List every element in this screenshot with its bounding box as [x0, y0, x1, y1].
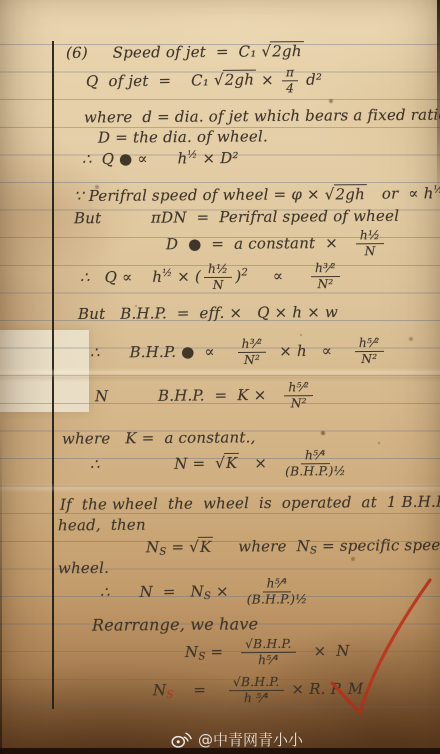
- handwritten-line-6: ∵ Perifral speed of wheel = φ × √2gh or …: [74, 185, 440, 206]
- handwritten-line-15: If the wheel the wheel is operated at 1 …: [60, 493, 440, 513]
- handwritten-line-3: where d = dia. of jet which bears a fixe…: [84, 107, 440, 127]
- handwritten-line-20: Rearrange, we have: [92, 615, 258, 635]
- handwritten-line-5: ∴ Q ● ∝ h½ × D²: [82, 149, 239, 168]
- watermark-handle: @中青网青小小: [198, 729, 303, 750]
- handwritten-line-18: wheel.: [58, 560, 109, 578]
- handwritten-line-10: But B.H.P. = eff. × Q × h × w: [78, 304, 338, 323]
- handwritten-line-13: where K = a constant.,: [62, 429, 256, 448]
- handwritten-line-16: head, then: [58, 517, 146, 535]
- handwritten-line-11: ∴ B.H.P. ● ∝ h³⁄²N² × h ∝ h⁵⁄²N²: [90, 337, 387, 368]
- handwritten-line-1: (6) Speed of jet = C₁ √2gh: [66, 43, 304, 62]
- handwritten-line-4: D = the dia. of wheel.: [98, 128, 268, 147]
- weibo-icon: [170, 730, 192, 749]
- margin-line: [52, 41, 54, 709]
- handwritten-line-7: But πDN = Perifral speed of wheel: [74, 208, 399, 228]
- handwritten-line-17: NS = √K where NS = specific speed of: [146, 537, 440, 559]
- watermark: @中青网青小小: [170, 729, 303, 750]
- handwritten-line-8: D ● = a constant × h½N: [166, 229, 387, 260]
- handwritten-line-2: Q of jet = C₁ √2gh × π4 d²: [86, 66, 322, 97]
- handwritten-line-14: ∴ N = √K × h⁵⁄⁴(B.H.P.)½: [90, 449, 349, 480]
- handwritten-line-9: ∴ Q ∝ h½ × (h½N)2 ∝ h³⁄²N²: [80, 262, 343, 293]
- grader-checkmark: [318, 560, 440, 722]
- notebook-page-photo: (6) Speed of jet = C₁ √2ghQ of jet = C₁ …: [0, 0, 440, 754]
- page-edge-shadow: [0, 420, 2, 754]
- paper-speckles: [0, 0, 2, 2]
- handwritten-line-19: ∴ N = NS × h⁵⁄⁴(B.H.P.)½: [100, 577, 310, 607]
- handwritten-line-12: N B.H.P. = K × h⁵⁄²N²: [95, 381, 316, 412]
